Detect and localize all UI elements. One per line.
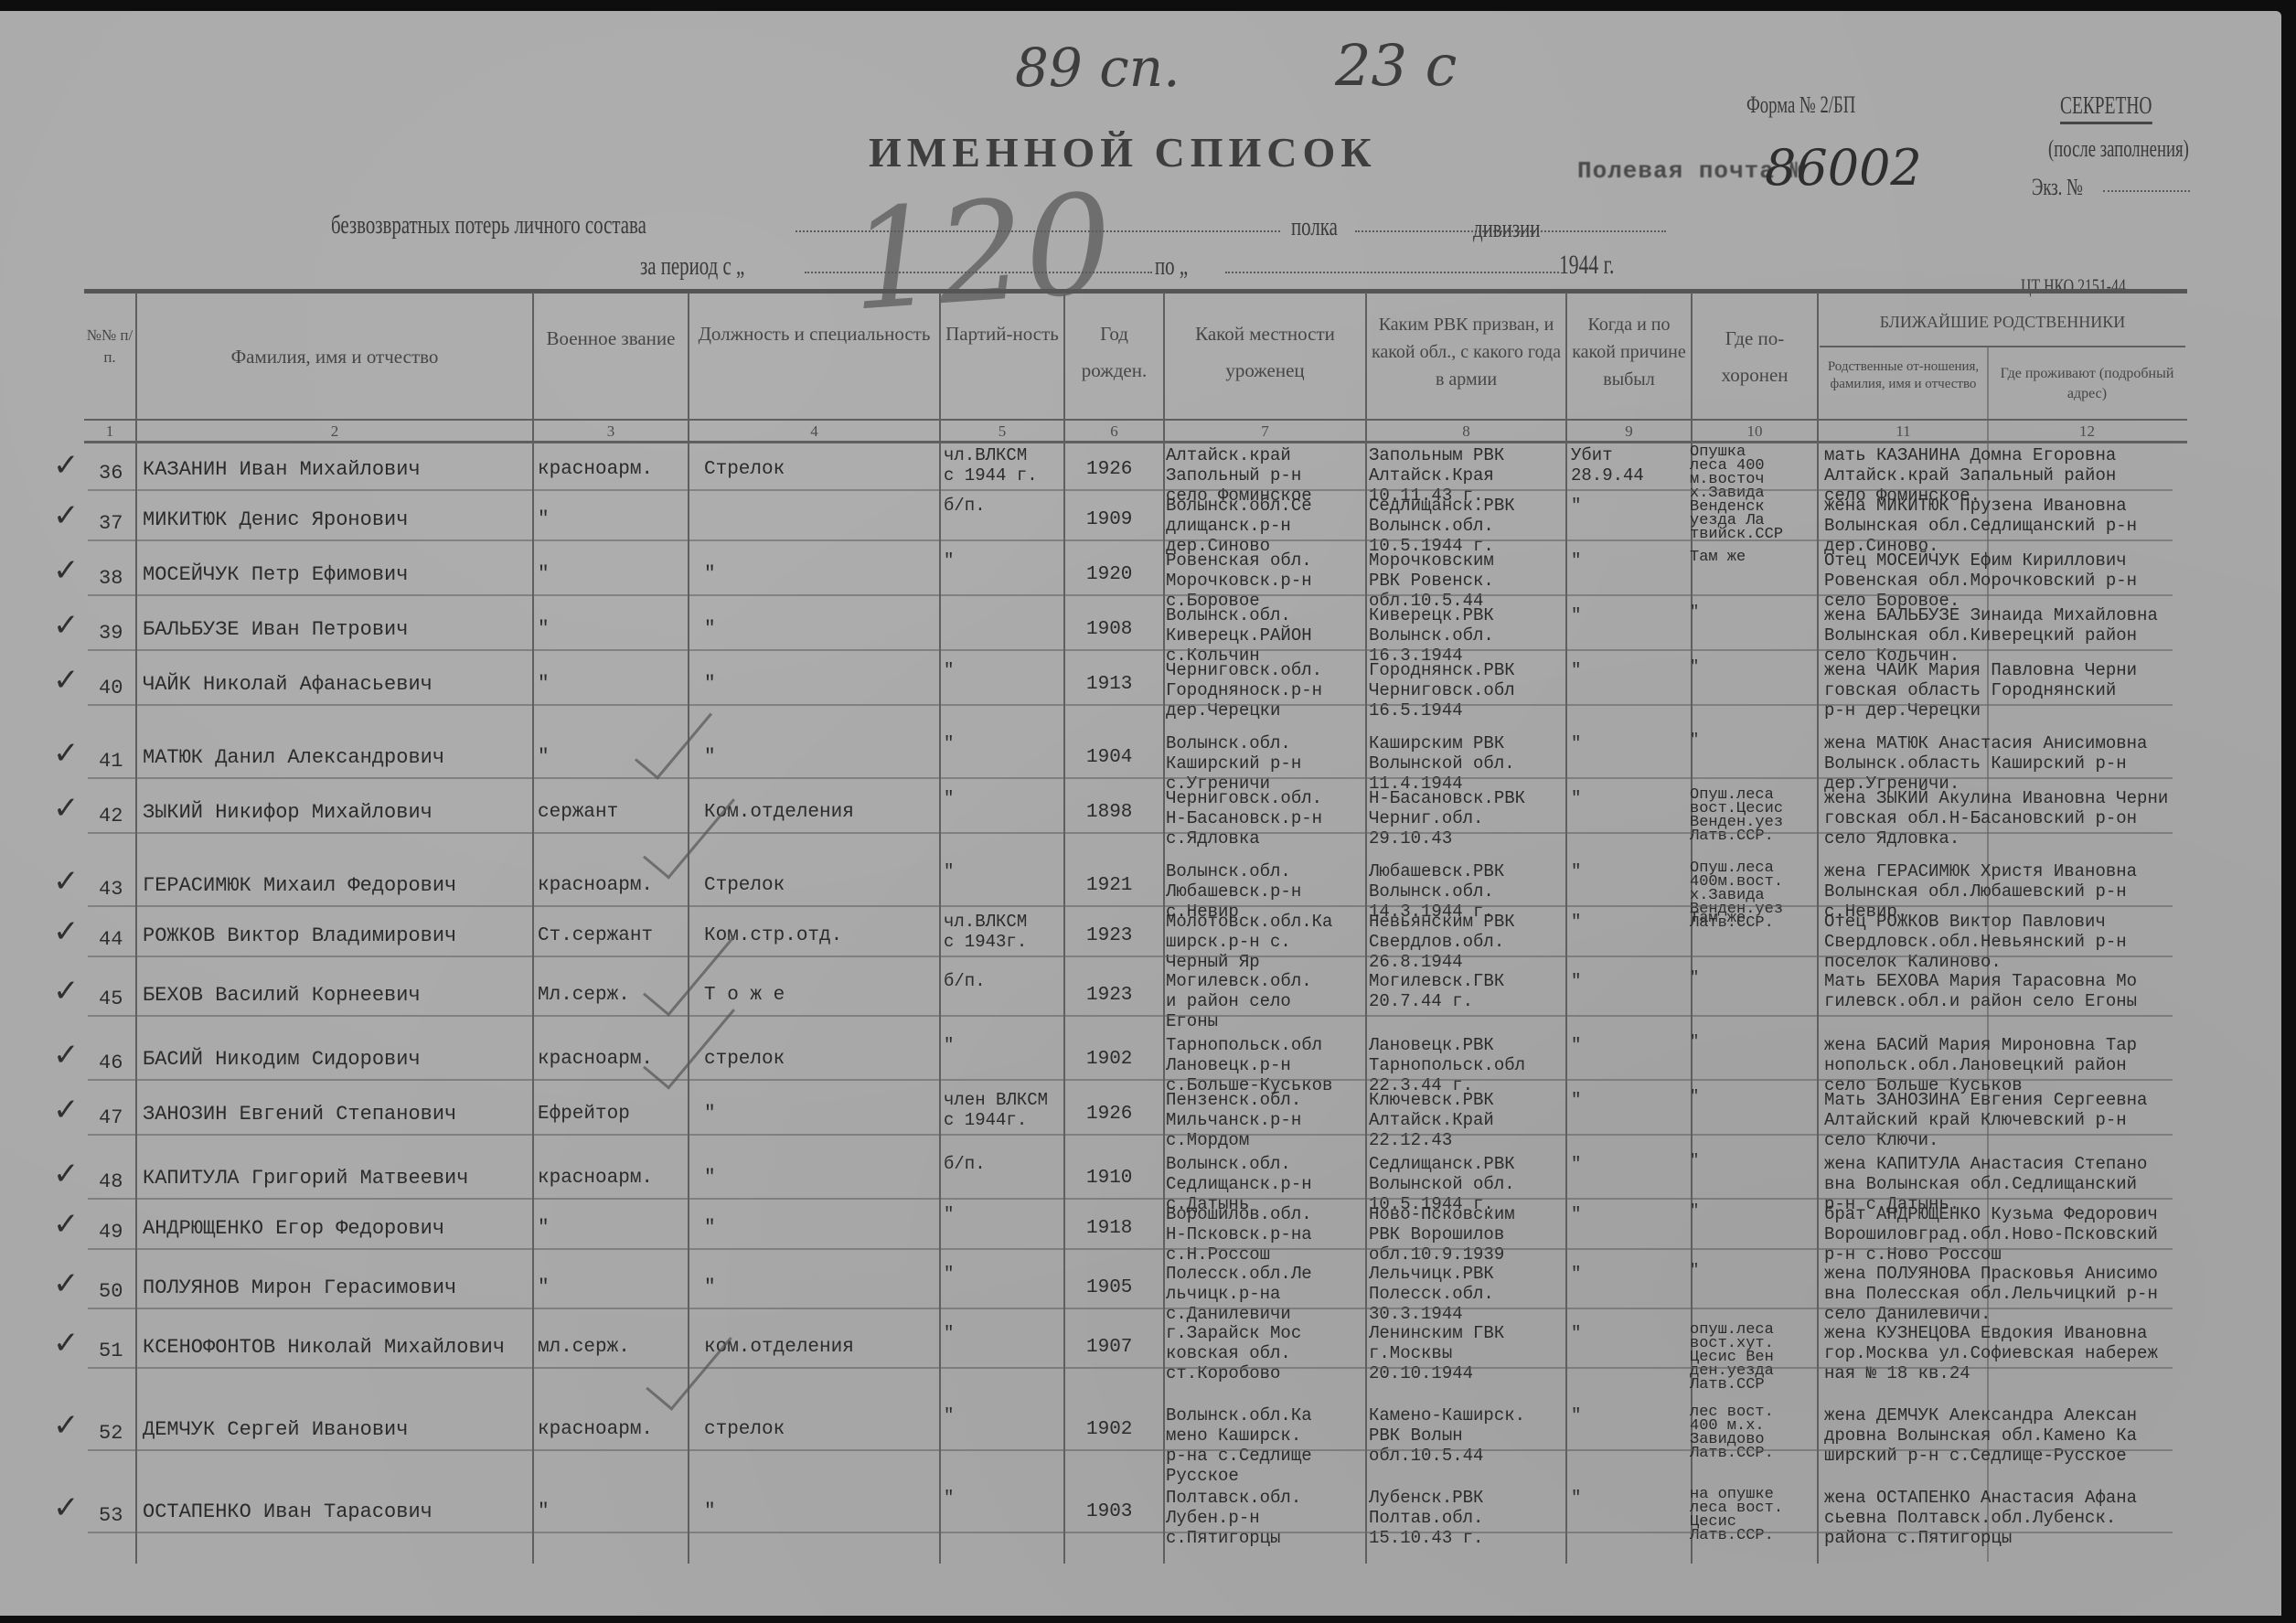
cell-when-why: " [1571,1154,1581,1174]
cell-rank: " [538,1502,550,1522]
cell-name: КАЗАНИН Иван Михайлович [143,460,421,480]
table-top-rule [84,289,2187,294]
cell-rvk: Каширским РВК Волынской обл. 11.4.1944 [1369,733,1515,794]
cell-when-why: " [1571,1204,1581,1224]
cell-rvk: Ново-Псковским РВК Ворошилов обл.10.9.19… [1369,1204,1515,1265]
row-divider [88,704,2173,706]
margin-check-icon: ✓ [53,1407,80,1444]
cell-rvk: Н-Басановск.РВК Черниг.обл. 29.10.43 [1369,788,1525,849]
cell-year: 1923 [1086,986,1132,1006]
cell-name: ОСТАПЕНКО Иван Тарасович [143,1502,433,1522]
row-divider [88,777,2173,779]
cell-year: 1902 [1086,1420,1132,1440]
cell-year: 1910 [1086,1169,1132,1189]
cell-when-why: " [1571,733,1581,753]
cell-relatives: жена ПОЛУЯНОВА Прасковья Анисимо вна Пол… [1824,1264,2158,1324]
row-divider [88,539,2173,541]
col-divider [1365,293,1367,1564]
header-buried: Где по-хоронен [1693,320,1817,393]
cell-rank: мл.серж. [538,1338,630,1358]
cell-party: б/п. [944,1154,986,1174]
copy-number-label: Экз. № [2032,174,2083,201]
cell-num: 45 [99,988,123,1010]
cell-relatives: Отец РОЖКОВ Виктор Павлович Свердловск.о… [1824,912,2127,972]
cell-when-why: " [1571,660,1581,680]
margin-check-icon: ✓ [53,447,80,484]
field-post-number: 86002 [1765,139,1922,197]
cell-birthplace: г.Зарайск Мос ковская обл. ст.Коробово [1166,1323,1301,1383]
cell-party: " [944,1204,954,1224]
cell-birthplace: Полесск.обл.Ле льчицк.р-на с.Данилевичи [1166,1264,1312,1324]
cell-rvk: Городнянск.РВК Черниговск.обл 16.5.1944 [1369,660,1515,721]
regiment-label: полка [1291,212,1338,242]
cell-year: 1908 [1086,620,1132,640]
col-divider [1063,293,1065,1564]
cell-birthplace: Тарнопольск.обл Лановецк.р-н с.Больше-Ку… [1166,1035,1332,1095]
print-code: ЦТ НКО 2151-44 [2021,274,2126,298]
row-divider [88,1134,2173,1136]
margin-check-icon: ✓ [53,790,80,827]
cell-buried: " [1690,1035,1699,1049]
cell-buried: Опушка леса 400 м.восточ х.Завида Венден… [1690,445,1783,541]
cell-when-why: " [1571,861,1581,881]
cell-year: 1909 [1086,510,1132,530]
cell-rvk: Лубенск.РВК Полтав.обл. 15.10.43 г. [1369,1488,1483,1548]
cell-rank: красноарм. [538,876,653,896]
margin-check-icon: ✓ [53,1490,80,1526]
row-divider [88,832,2173,834]
year-label: 1944 г. [1559,250,1614,281]
column-number: 1 [84,422,135,441]
cell-buried: Опуш.леса вост.Цесис Венден.уез Латв.ССР… [1690,788,1783,843]
row-divider [88,594,2173,596]
cell-rvk: Ленинским ГВК г.Москвы 20.10.1944 [1369,1323,1504,1383]
cell-birthplace: Молотовск.обл.Ка ширск.р-н с. Черный Яр [1166,912,1332,972]
cell-num: 43 [99,878,123,901]
header-relative: Родственные от-ношения, фамилия, имя и о… [1820,358,1987,393]
cell-buried: лес вост. 400 м.х. Завидово Латв.ССР. [1690,1405,1774,1460]
header-position: Должность и специальность [689,315,939,352]
header-birth-year: Год рожден. [1065,315,1163,389]
division-label: дивизии [1473,214,1540,244]
cell-num: 47 [99,1106,123,1129]
column-number: 3 [534,422,688,441]
cell-year: 1913 [1086,675,1132,695]
margin-check-icon: ✓ [53,1037,80,1073]
classification-label: СЕКРЕТНО [2060,91,2152,124]
cell-relatives: жена КУЗНЕЦОВА Евдокия Ивановна гор.Моск… [1824,1323,2158,1383]
cell-name: ГЕРАСИМЮК Михаил Федорович [143,876,456,896]
cell-year: 1905 [1086,1278,1132,1298]
cell-relatives: жена ЗЫКИЙ Акулина Ивановна Черни говска… [1824,788,2168,849]
cell-buried: " [1690,660,1699,674]
cell-buried: " [1690,971,1699,985]
cell-rvk: Седлищанск.РВК Волынск.обл. 10.5.1944 г. [1369,496,1515,556]
cell-when-why: " [1571,1035,1581,1055]
header-rank: Военное звание [534,320,688,357]
margin-check-icon: ✓ [53,662,80,699]
cell-position: " [704,748,716,768]
cell-when-why: " [1571,1264,1581,1284]
cell-name: ПОЛУЯНОВ Мирон Герасимович [143,1278,456,1298]
cell-num: 53 [99,1504,123,1527]
column-number: 6 [1065,422,1163,441]
margin-check-icon: ✓ [53,735,80,772]
cell-num: 40 [99,677,123,699]
cell-when-why: " [1571,1405,1581,1425]
col-divider [939,293,941,1564]
cell-when-why: " [1571,1323,1581,1343]
margin-check-icon: ✓ [53,1092,80,1128]
cell-rvk: Лановецк.РВК Тарнопольск.обл 22.3.44 г. [1369,1035,1525,1095]
cell-position: " [704,1278,716,1298]
cell-name: РОЖКОВ Виктор Владимирович [143,926,456,946]
cell-year: 1904 [1086,748,1132,768]
cell-position: " [704,1169,716,1189]
column-number: 4 [689,422,939,441]
cell-rvk: Ключевск.РВК Алтайск.Край 22.12.43 [1369,1090,1494,1150]
cell-position: " [704,1502,716,1522]
cell-relatives: жена МИКИТЮК Прузена Ивановна Волынская … [1824,496,2137,556]
classification-note: (после заполнения) [2048,135,2189,163]
cell-party: " [944,550,954,571]
cell-rvk: Невьянским РВК Свердлов.обл. 26.8.1944 [1369,912,1515,972]
column-number: 12 [1989,422,2185,441]
period-to-field[interactable] [1225,272,1559,273]
cell-name: ЧАЙК Николай Афанасьевич [143,675,433,695]
col-divider [1163,293,1165,1564]
header-party: Партий-ность [941,315,1063,352]
cell-rank: Мл.серж. [538,986,630,1006]
col-divider [1565,293,1567,1564]
cell-year: 1920 [1086,565,1132,585]
cell-birthplace: Ворошилов.обл. Н-Псковск.р-на с.Н.Россош [1166,1204,1312,1265]
document-title: ИМЕННОЙ СПИСОК [869,128,1377,176]
margin-check-icon: ✓ [53,973,80,1009]
col-divider [135,293,137,1564]
cell-num: 41 [99,750,123,773]
cell-num: 48 [99,1170,123,1193]
cell-party: " [944,733,954,753]
cell-position: " [704,1219,716,1239]
header-when-why: Когда и по какой причине выбыл [1567,311,1691,393]
row-divider [88,1367,2173,1369]
cell-year: 1907 [1086,1338,1132,1358]
cell-party: член ВЛКСМ с 1944г. [944,1090,1048,1130]
cell-buried: " [1690,1090,1699,1104]
cell-rvk: Лельчицк.РВК Полесск.обл. 30.3.1944 [1369,1264,1494,1324]
cell-buried: опуш.леса вост.хут. Цесис Вен ден.уезда … [1690,1323,1774,1392]
cell-rank: " [538,748,550,768]
cell-relatives: жена МАТЮК Анастасия Анисимовна Волынск.… [1824,733,2147,794]
cell-name: МАТЮК Данил Александрович [143,748,444,768]
relatives-group-rule [1820,346,2185,347]
row-divider [88,1449,2173,1451]
cell-rank: красноарм. [538,1420,653,1440]
cell-buried: на опушке леса вост. Цесис Латв.ССР. [1690,1488,1783,1543]
header-relatives-group: БЛИЖАЙШИЕ РОДСТВЕННИКИ [1820,311,2185,333]
cell-year: 1903 [1086,1502,1132,1522]
cell-party: " [944,788,954,808]
cell-num: 46 [99,1052,123,1074]
cell-buried: " [1690,1264,1699,1277]
row-divider [88,489,2173,491]
cell-name: БАЛЬБУЗЕ Иван Петрович [143,620,408,640]
cell-buried: " [1690,733,1699,747]
cell-rvk: Морочковским РВК Ровенск. обл.10.5.44 [1369,550,1494,611]
cell-birthplace: Черниговск.обл. Н-Басановск.р-н с.Ядловк… [1166,788,1322,849]
cell-party: " [944,1264,954,1284]
cell-num: 50 [99,1280,123,1303]
cell-when-why: " [1571,971,1581,991]
cell-when-why: " [1571,605,1581,625]
cell-num: 37 [99,512,123,535]
cell-rvk: Киверецк.РВК Волынск.обл. 16.3.1944 [1369,605,1494,666]
header-name: Фамилия, имя и отчество [137,338,532,375]
cell-buried: Там же [1690,912,1746,925]
cell-rank: красноарм. [538,1050,653,1070]
margin-check-icon: ✓ [53,863,80,900]
cell-year: 1926 [1086,1105,1132,1125]
column-number: 2 [137,422,532,441]
cell-when-why: " [1571,1090,1581,1110]
margin-check-icon: ✓ [53,1206,80,1243]
cell-birthplace: Волынск.обл. Киверецк.РАЙОН с.Кольчин [1166,605,1312,666]
colnum-bottom-rule [84,441,2187,443]
cell-birthplace: Волынск.обл.Се длищанск.р-н дер.Синово [1166,496,1312,556]
cell-name: МИКИТЮК Денис Яронович [143,510,408,530]
cell-party: " [944,1405,954,1425]
cell-name: ДЕМЧУК Сергей Иванович [143,1420,408,1440]
cell-rank: " [538,675,550,695]
cell-party: чл.ВЛКСМ с 1943г. [944,912,1027,952]
cell-rank: красноарм. [538,1169,653,1189]
cell-party: " [944,660,954,680]
cell-party: " [944,861,954,881]
cell-position: Стрелок [704,460,785,480]
header-bottom-rule [84,419,2187,421]
copy-number-field[interactable] [2103,190,2190,192]
column-number: 10 [1693,422,1817,441]
col-divider [1817,293,1819,1564]
cell-year: 1918 [1086,1219,1132,1239]
margin-check-icon: ✓ [53,1325,80,1361]
column-number: 8 [1367,422,1565,441]
cell-num: 44 [99,928,123,951]
cell-num: 49 [99,1221,123,1244]
cell-rank: Ефрейтор [538,1105,630,1125]
cell-year: 1923 [1086,926,1132,946]
row-divider [88,1308,2173,1309]
header-address: Где проживают (подробный адрес) [1989,364,2185,404]
period-to-label: по „ [1155,251,1188,282]
cell-buried: " [1690,1154,1699,1168]
cell-name: ЗАНОЗИН Евгений Степанович [143,1105,456,1125]
column-number: 5 [941,422,1063,441]
cell-num: 51 [99,1340,123,1362]
header-rvk: Каким РВК призван, и какой обл., с каког… [1367,311,1565,393]
cell-buried: " [1690,605,1699,619]
cell-relatives: Мать ЗАНОЗИНА Евгения Сергеевна Алтайски… [1824,1090,2147,1150]
cell-name: ЗЫКИЙ Никифор Михайлович [143,803,433,823]
cell-rank: " [538,565,550,585]
cell-num: 52 [99,1422,123,1445]
cell-position: стрелок [704,1050,785,1070]
header-num: №№ п/п. [84,325,135,368]
cell-buried: Там же [1690,550,1746,564]
cell-rank: сержант [538,803,618,823]
col-divider [532,293,534,1564]
column-number: 11 [1820,422,1987,441]
cell-party: " [944,1323,954,1343]
cell-num: 36 [99,462,123,485]
cell-party: б/п. [944,971,986,991]
handwritten-regiment-note: 89 сп. [1015,37,1180,99]
cell-position: " [704,1105,716,1125]
cell-num: 42 [99,805,123,828]
period-from-label: за период с „ [640,251,744,282]
header-birthplace: Какой местности уроженец [1165,315,1365,389]
cell-when-why: " [1571,550,1581,571]
margin-check-icon: ✓ [53,607,80,644]
cell-rank: Ст.сержант [538,926,653,946]
margin-check-icon: ✓ [53,497,80,534]
cell-num: 38 [99,567,123,590]
cell-relatives: жена ДЕМЧУК Александра Алексан дровна Во… [1824,1405,2137,1466]
row-divider [88,905,2173,907]
cell-party: " [944,1488,954,1508]
cell-birthplace: Могилевск.обл. и район село Егоны [1166,971,1312,1031]
cell-position: Стрелок [704,876,785,896]
cell-year: 1926 [1086,460,1132,480]
cell-name: БАСИЙ Никодим Сидорович [143,1050,421,1070]
row-divider [88,1198,2173,1200]
cell-num: 39 [99,622,123,645]
cell-relatives: Мать БЕХОВА Мария Тарасовна Мо гилевск.о… [1824,971,2137,1011]
subtitle-losses-label: безвозвратных потерь личного состава [331,210,646,240]
cell-birthplace: Ровенская обл. Морочковск.р-н с.Боровое [1166,550,1312,611]
cell-birthplace: Волынск.обл.Ка мено Каширск. р-на с.Седл… [1166,1405,1312,1486]
form-number: Форма № 2/БП [1746,91,1855,119]
margin-check-icon: ✓ [53,1156,80,1192]
cell-birthplace: Черниговск.обл. Городняноск.р-н дер.Чере… [1166,660,1322,721]
cell-rank: " [538,1278,550,1298]
cell-name: КСЕНОФОНТОВ Николай Михайлович [143,1338,505,1358]
row-divider [88,1015,2173,1017]
cell-rank: " [538,1219,550,1239]
period-from-field[interactable] [805,272,1152,273]
handwritten-number-note: 23 с [1335,32,1457,99]
cell-position: " [704,675,716,695]
cell-rank: " [538,510,550,530]
column-number: 9 [1567,422,1691,441]
cell-relatives: брат АНДРЮЩЕНКО Кузьма Федорович Ворошил… [1824,1204,2158,1265]
cell-rank: красноарм. [538,460,653,480]
margin-check-icon: ✓ [53,913,80,950]
row-divider [88,649,2173,651]
margin-check-icon: ✓ [53,1265,80,1302]
row-divider [88,1532,2173,1533]
row-divider [88,956,2173,957]
cell-year: 1921 [1086,876,1132,896]
cell-position: стрелок [704,1420,785,1440]
cell-relatives: жена ОСТАПЕНКО Анастасия Афана сьевна По… [1824,1488,2137,1548]
cell-party: " [944,1035,954,1055]
row-divider [88,1079,2173,1081]
cell-birthplace: Полтавск.обл. Лубен.р-н с.Пятигорцы [1166,1488,1301,1548]
column-number: 7 [1165,422,1365,441]
cell-buried: " [1690,1204,1699,1218]
cell-position: " [704,620,716,640]
cell-birthplace: Волынск.обл. Каширский р-н с.Угреничи [1166,733,1301,794]
cell-when-why: Убит 28.9.44 [1571,445,1644,486]
cell-name: КАПИТУЛА Григорий Матвеевич [143,1169,468,1189]
cell-year: 1898 [1086,803,1132,823]
cell-party: чл.ВЛКСМ с 1944 г. [944,445,1038,486]
unit-field[interactable] [796,230,1280,232]
cell-rvk: Камено-Каширск. РВК Волын обл.10.5.44 [1369,1405,1525,1466]
cell-position: " [704,565,716,585]
cell-relatives: жена БАЛЬБУЗЕ Зинаида Михайловна Волынск… [1824,605,2158,666]
cell-relatives: жена БАСИЙ Мария Мироновна Тар нопольск.… [1824,1035,2137,1095]
cell-when-why: " [1571,496,1581,516]
cell-name: БЕХОВ Василий Корнеевич [143,986,421,1006]
cell-rvk: Могилевск.ГВК 20.7.44 г. [1369,971,1504,1011]
cell-name: АНДРЮЩЕНКО Егор Федорович [143,1219,444,1239]
cell-rank: " [538,620,550,640]
cell-relatives: Отец МОСЕЙЧУК Ефим Кириллович Ровенская … [1824,550,2137,611]
cell-party: б/п. [944,496,986,516]
row-divider [88,1248,2173,1250]
margin-check-icon: ✓ [53,552,80,589]
cell-birthplace: Пензенск.обл. Мильчанск.р-н с.Мордом [1166,1090,1301,1150]
cell-name: МОСЕЙЧУК Петр Ефимович [143,565,408,585]
cell-relatives: жена ЧАЙК Мария Павловна Черни говская о… [1824,660,2137,721]
cell-when-why: " [1571,1488,1581,1508]
cell-when-why: " [1571,788,1581,808]
cell-when-why: " [1571,912,1581,932]
cell-year: 1902 [1086,1050,1132,1070]
